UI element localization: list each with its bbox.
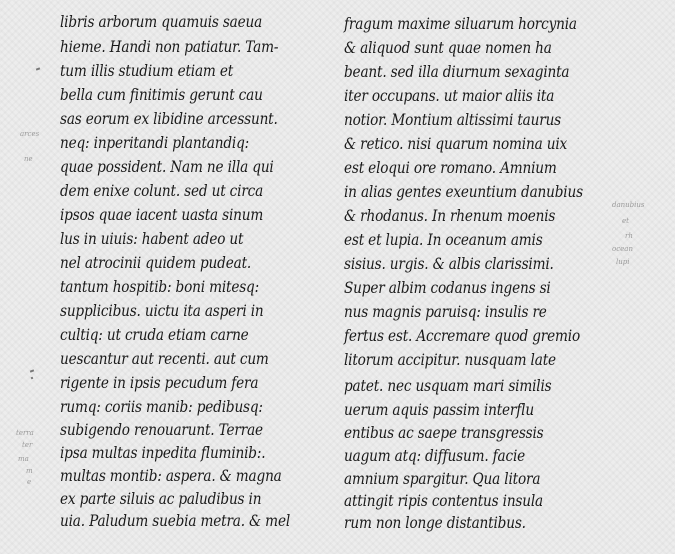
manuscript-page: libris arborum quamuis saeua hieme. Hand…	[0, 0, 675, 554]
text-line: & rhodanus. In rhenum moenis	[344, 207, 555, 225]
text-line: uerum aquis passim interflu	[344, 401, 534, 419]
text-line: neq: inperitandi plantandiq:	[60, 134, 249, 152]
text-line: tantum hospitib: boni mitesq:	[60, 278, 259, 296]
text-line: uia. Paludum suebia metra. & mel	[60, 512, 290, 530]
margin-gloss: arces	[20, 130, 39, 138]
text-line: est et lupia. In oceanum amis	[344, 231, 543, 249]
text-line: Super albim codanus ingens si	[344, 279, 551, 297]
text-line: nus magnis paruisq: insulis re	[344, 303, 547, 321]
text-line: bella cum finitimis gerunt cau	[60, 86, 263, 104]
margin-gloss: ocean	[612, 245, 633, 253]
text-line: attingit ripis contentus insula	[344, 492, 543, 510]
text-line: amnium spargitur. Qua litora	[344, 470, 540, 488]
text-line: tum illis studium etiam et	[60, 62, 233, 80]
text-line: multas montib: aspera. & magna	[60, 467, 282, 485]
text-line: dem enixe colunt. sed ut circa	[60, 182, 263, 200]
margin-gloss: ne	[24, 155, 33, 163]
margin-gloss: m	[26, 467, 33, 475]
margin-gloss: ter	[22, 441, 32, 449]
text-line: entibus ac saepe transgressis	[344, 424, 544, 442]
margin-gloss: ma	[18, 455, 29, 463]
text-line: libris arborum quamuis saeua	[60, 13, 262, 31]
text-line: in alias gentes exeuntium danubius	[344, 183, 583, 201]
text-line: fertus est. Accremare quod gremio	[344, 327, 580, 345]
text-line: & retico. nisi quarum nomina uix	[344, 135, 567, 153]
text-line: ex parte siluis ac paludibus in	[60, 490, 261, 508]
text-line: rumq: coriis manib: pedibusq:	[60, 398, 263, 416]
text-line: ipsos quae iacent uasta sinum	[60, 206, 263, 224]
margin-gloss: et	[622, 217, 629, 225]
text-line: notior. Montium altissimi taurus	[344, 111, 561, 129]
text-line: uagum atq: diffusum. facie	[344, 447, 525, 465]
text-line: quae possident. Nam ne illa qui	[60, 158, 274, 176]
text-line: rigente in ipsis pecudum fera	[60, 374, 258, 392]
text-line: uescantur aut recenti. aut cum	[60, 350, 269, 368]
text-line: est eloqui ore romano. Amnium	[344, 159, 557, 177]
text-line: hieme. Handi non patiatur. Tam-	[60, 38, 278, 56]
text-line: cultiq: ut cruda etiam carne	[60, 326, 249, 344]
text-line: lus in uiuis: habent adeo ut	[60, 230, 243, 248]
margin-gloss: rh	[625, 232, 633, 240]
text-line: patet. nec usquam mari similis	[344, 377, 552, 395]
margin-gloss: terra	[16, 429, 34, 437]
text-line: nel atrocinii quidem pudeat.	[60, 254, 251, 272]
margin-gloss: e	[27, 478, 31, 486]
text-line: litorum accipitur. nusquam late	[344, 351, 556, 369]
text-line: sas eorum ex libidine arcessunt.	[60, 110, 278, 128]
text-line: beant. sed illa diurnum sexaginta	[344, 63, 569, 81]
text-line: rum non longe distantibus.	[344, 514, 526, 532]
text-line: iter occupans. ut maior aliis ita	[344, 87, 554, 105]
text-line: sisius. urgis. & albis clarissimi.	[344, 255, 554, 273]
margin-mark	[30, 369, 34, 372]
margin-mark	[31, 377, 34, 380]
text-line: supplicibus. uictu ita asperi in	[60, 302, 264, 320]
text-line: fragum maxime siluarum horcynia	[344, 15, 577, 33]
text-line: & aliquod sunt quae nomen ha	[344, 39, 552, 57]
text-line: subigendo renouarunt. Terrae	[60, 421, 263, 439]
margin-mark	[36, 67, 40, 70]
margin-gloss: danubius	[612, 201, 645, 209]
text-line: ipsa multas inpedita fluminib:.	[60, 444, 265, 462]
margin-gloss: lupi	[616, 258, 629, 266]
